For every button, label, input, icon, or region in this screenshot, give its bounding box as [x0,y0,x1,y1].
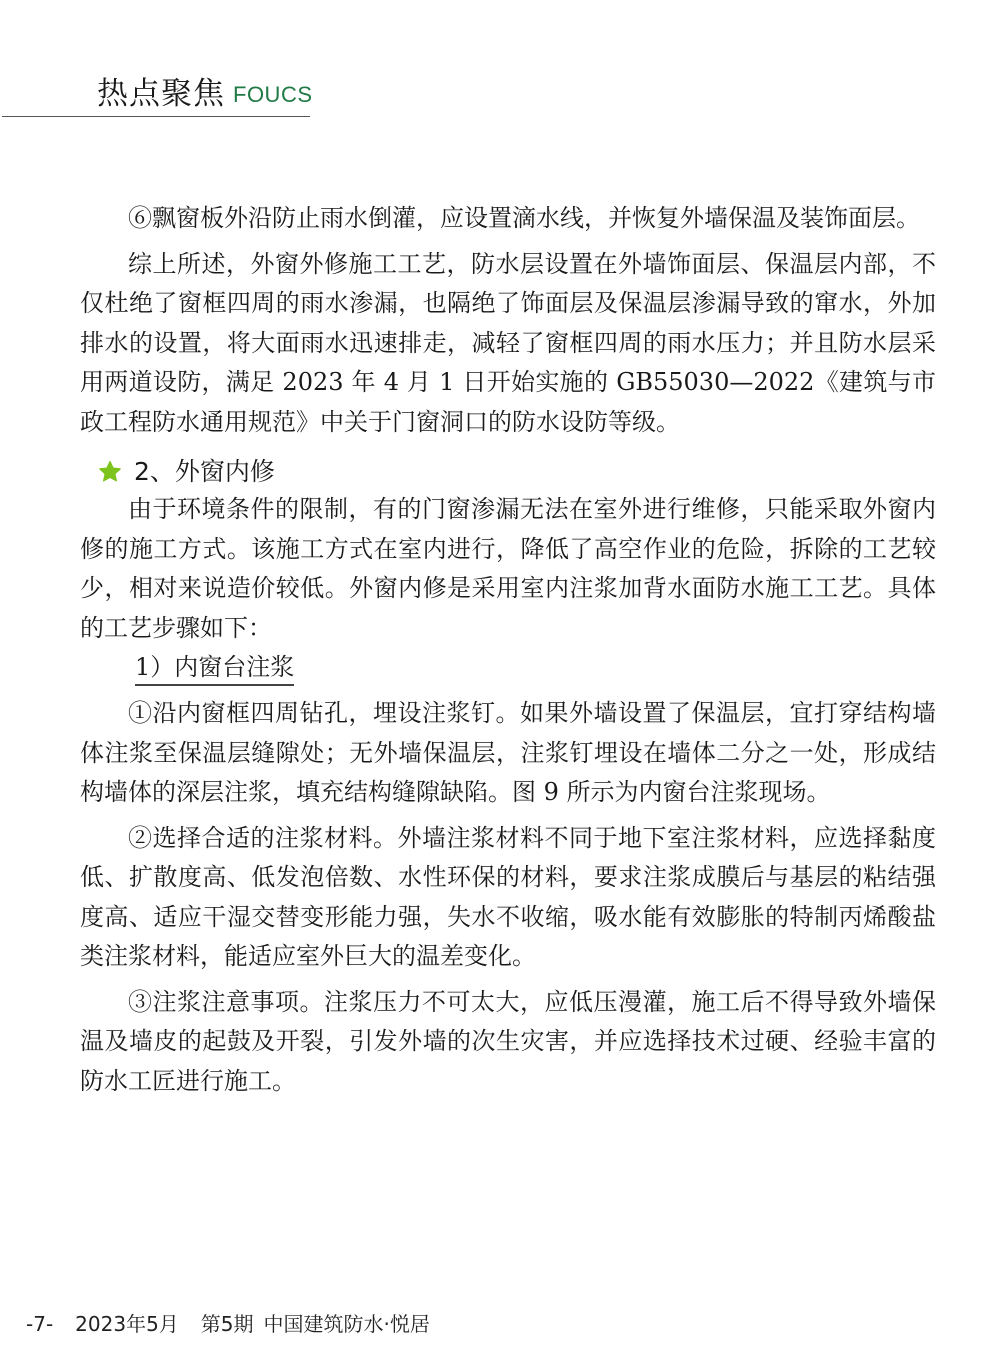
page-header: 热点聚焦 FOUCS [0,60,312,118]
publication-name: 中国建筑防水·悦居 [264,1312,430,1336]
subheading: 1）内窗台注浆 [135,650,294,686]
section-title: 热点聚焦 [97,68,225,113]
page-number: -7- [26,1312,53,1336]
page-footer: -7-2023年5月第5期中国建筑防水·悦居 [26,1308,452,1337]
issue-date: 2023年5月 [75,1312,179,1336]
section-subtitle: FOUCS [233,82,313,108]
section-heading: 2、外窗内修 [98,452,936,492]
paragraph: ②选择合适的注浆材料。外墙注浆材料不同于地下室注浆材料，应选择黏度低、扩散度高、… [80,819,936,977]
paragraph: ⑥飘窗板外沿防止雨水倒灌，应设置滴水线，并恢复外墙保温及装饰面层。 [80,199,936,239]
paragraph: 综上所述，外窗外修施工工艺，防水层设置在外墙饰面层、保温层内部，不仅杜绝了窗框四… [80,245,936,443]
header-divider [2,116,310,117]
section-heading-text: 2、外窗内修 [134,452,275,492]
paragraph: ③注浆注意事项。注浆压力不可太大，应低压漫灌，施工后不得导致外墙保温及墙皮的起鼓… [80,983,936,1102]
article-body: ⑥飘窗板外沿防止雨水倒灌，应设置滴水线，并恢复外墙保温及装饰面层。 综上所述，外… [80,199,936,1101]
paragraph: 由于环境条件的限制，有的门窗渗漏无法在室外进行维修，只能采取外窗内修的施工方式。… [80,490,936,648]
issue-number: 第5期 [201,1312,254,1336]
paragraph: ①沿内窗框四周钻孔，埋设注浆钉。如果外墙设置了保温层，宜打穿结构墙体注浆至保温层… [80,694,936,813]
star-icon [98,460,122,484]
